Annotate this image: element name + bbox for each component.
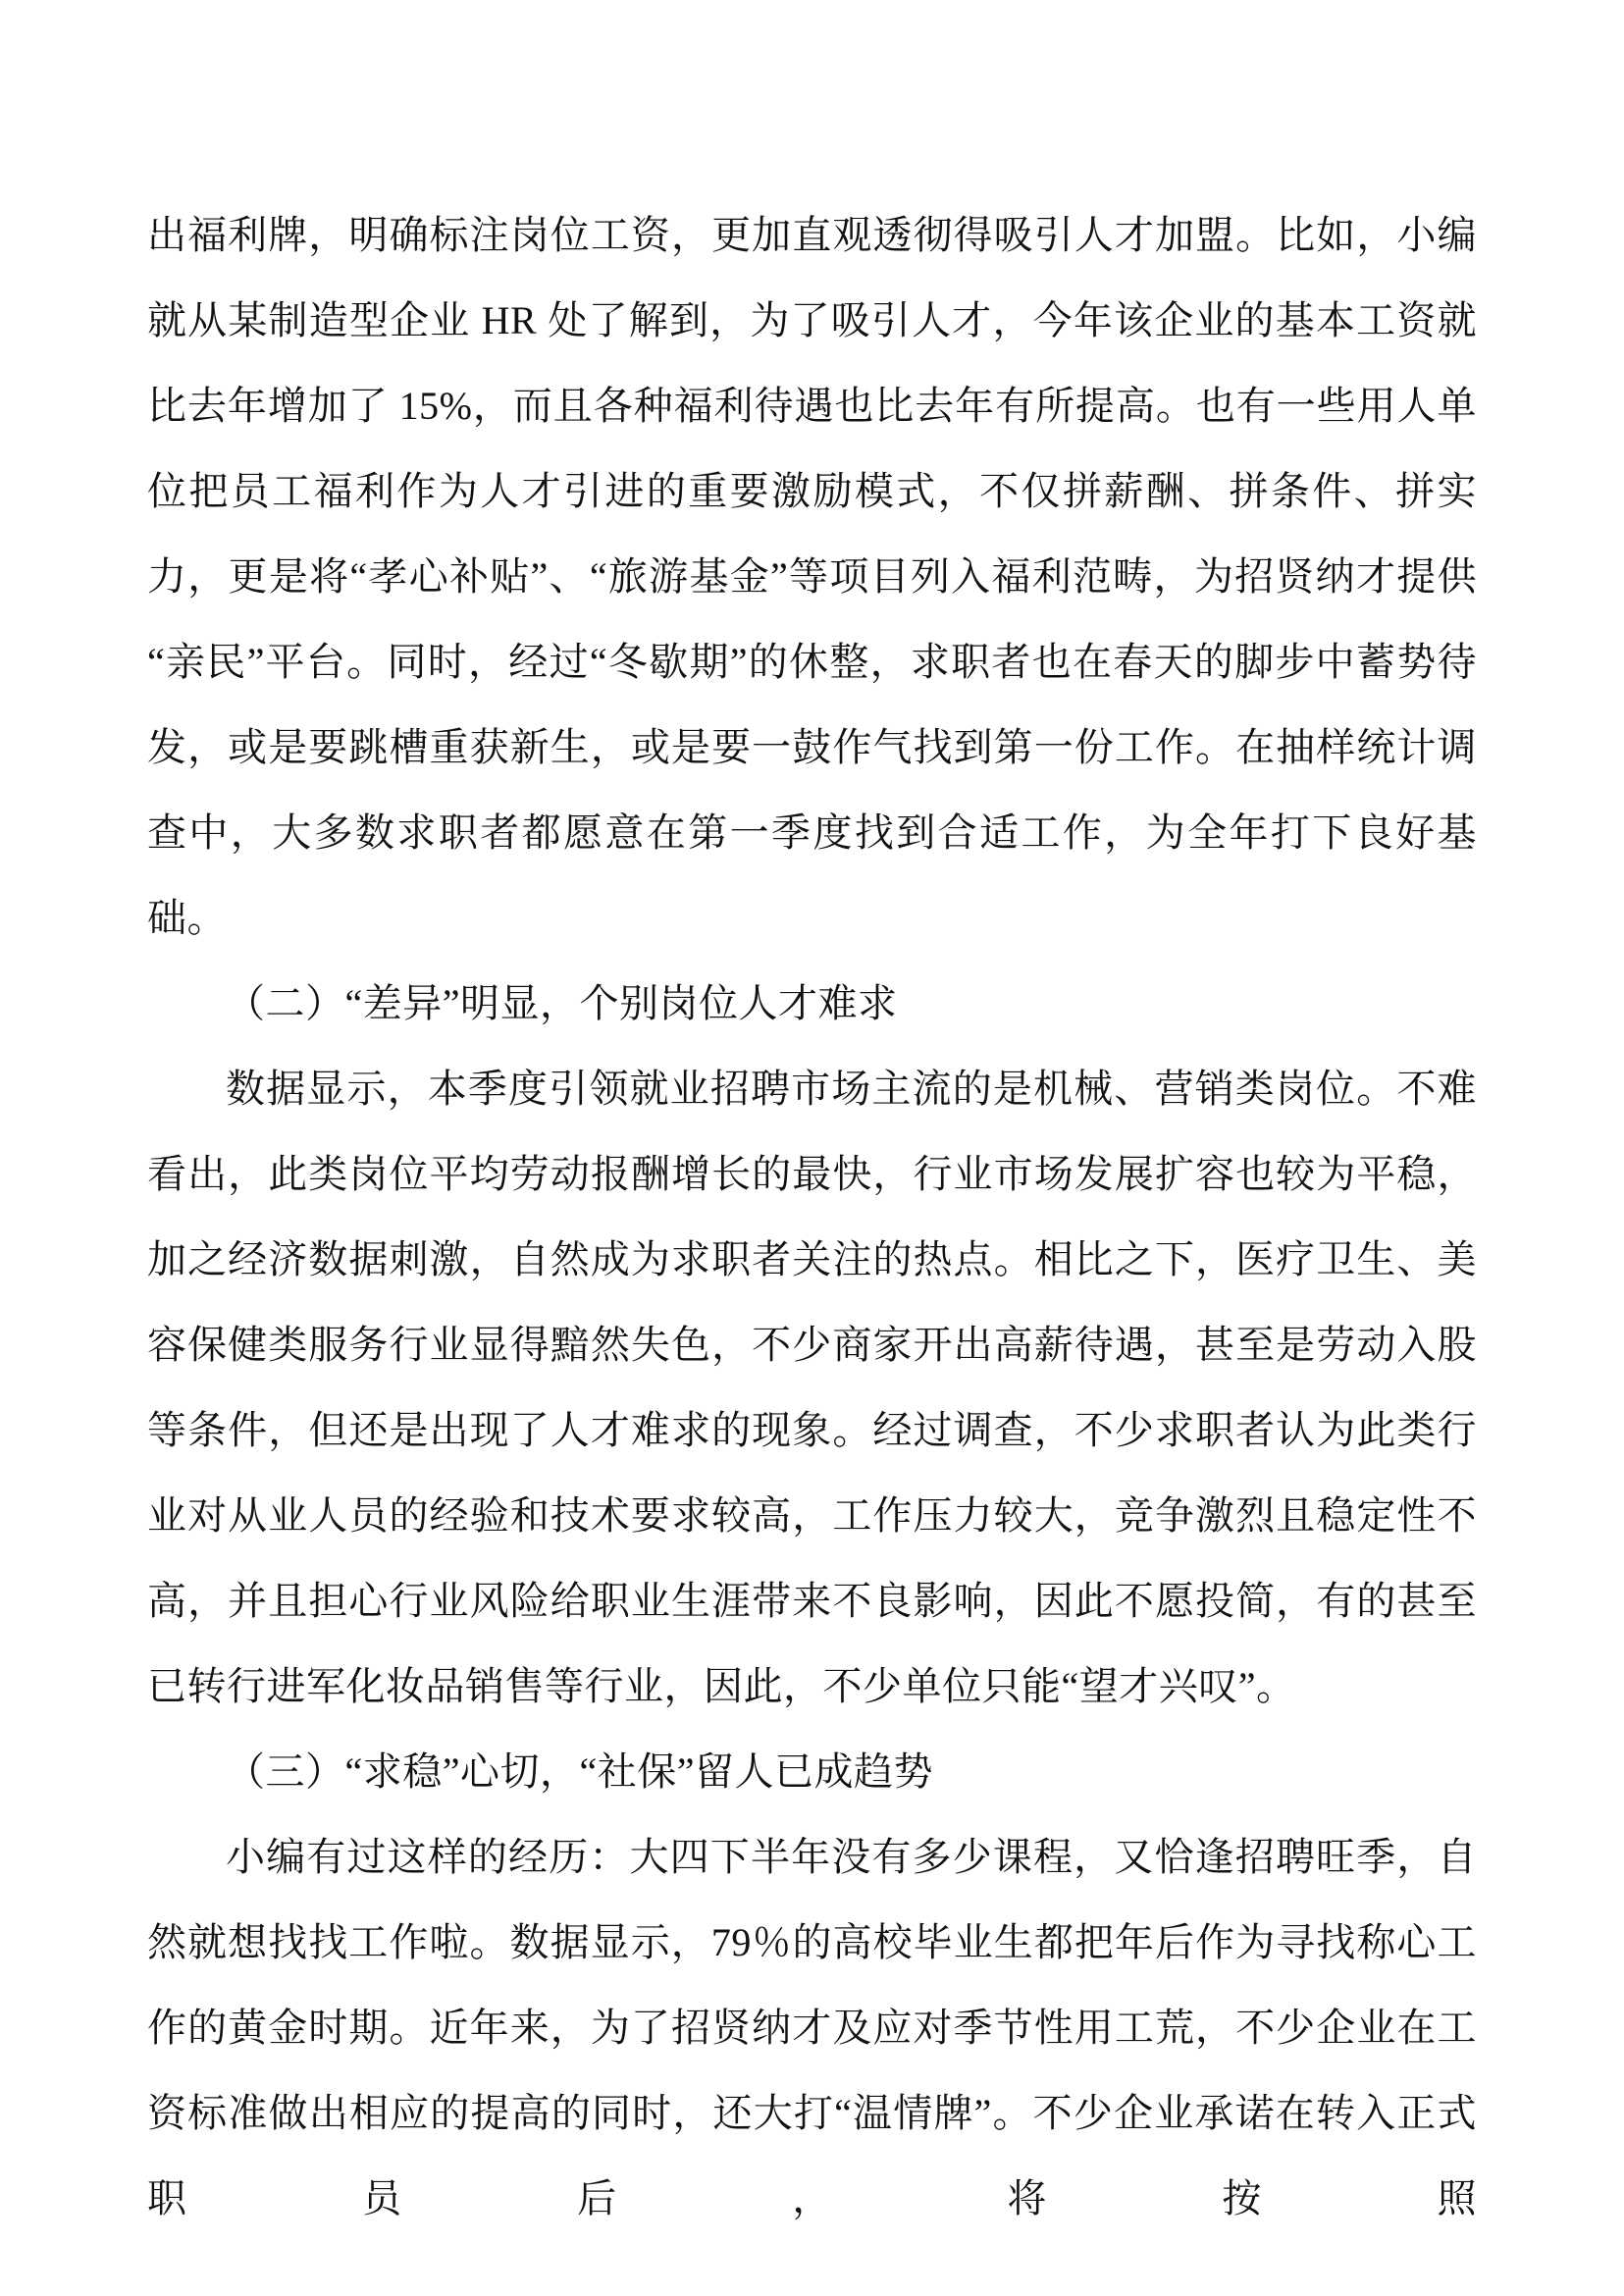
heading-section-two: （二）“差异”明显，个别岗位人才难求: [147, 961, 1477, 1046]
document-page: 出福利牌，明确标注岗位工资，更加直观透彻得吸引人才加盟。比如，小编就从某制造型企…: [0, 0, 1624, 2296]
paragraph-section-two: 数据显示，本季度引领就业招聘市场主流的是机械、营销类岗位。不难看出，此类岗位平均…: [147, 1046, 1477, 1729]
paragraph-welfare-continuation: 出福利牌，明确标注岗位工资，更加直观透彻得吸引人才加盟。比如，小编就从某制造型企…: [147, 192, 1477, 961]
document-body: 出福利牌，明确标注岗位工资，更加直观透彻得吸引人才加盟。比如，小编就从某制造型企…: [147, 192, 1477, 2241]
heading-section-three: （三）“求稳”心切，“社保”留人已成趋势: [147, 1729, 1477, 1814]
paragraph-section-three: 小编有过这样的经历：大四下半年没有多少课程，又恰逢招聘旺季，自然就想找找工作啦。…: [147, 1814, 1477, 2241]
